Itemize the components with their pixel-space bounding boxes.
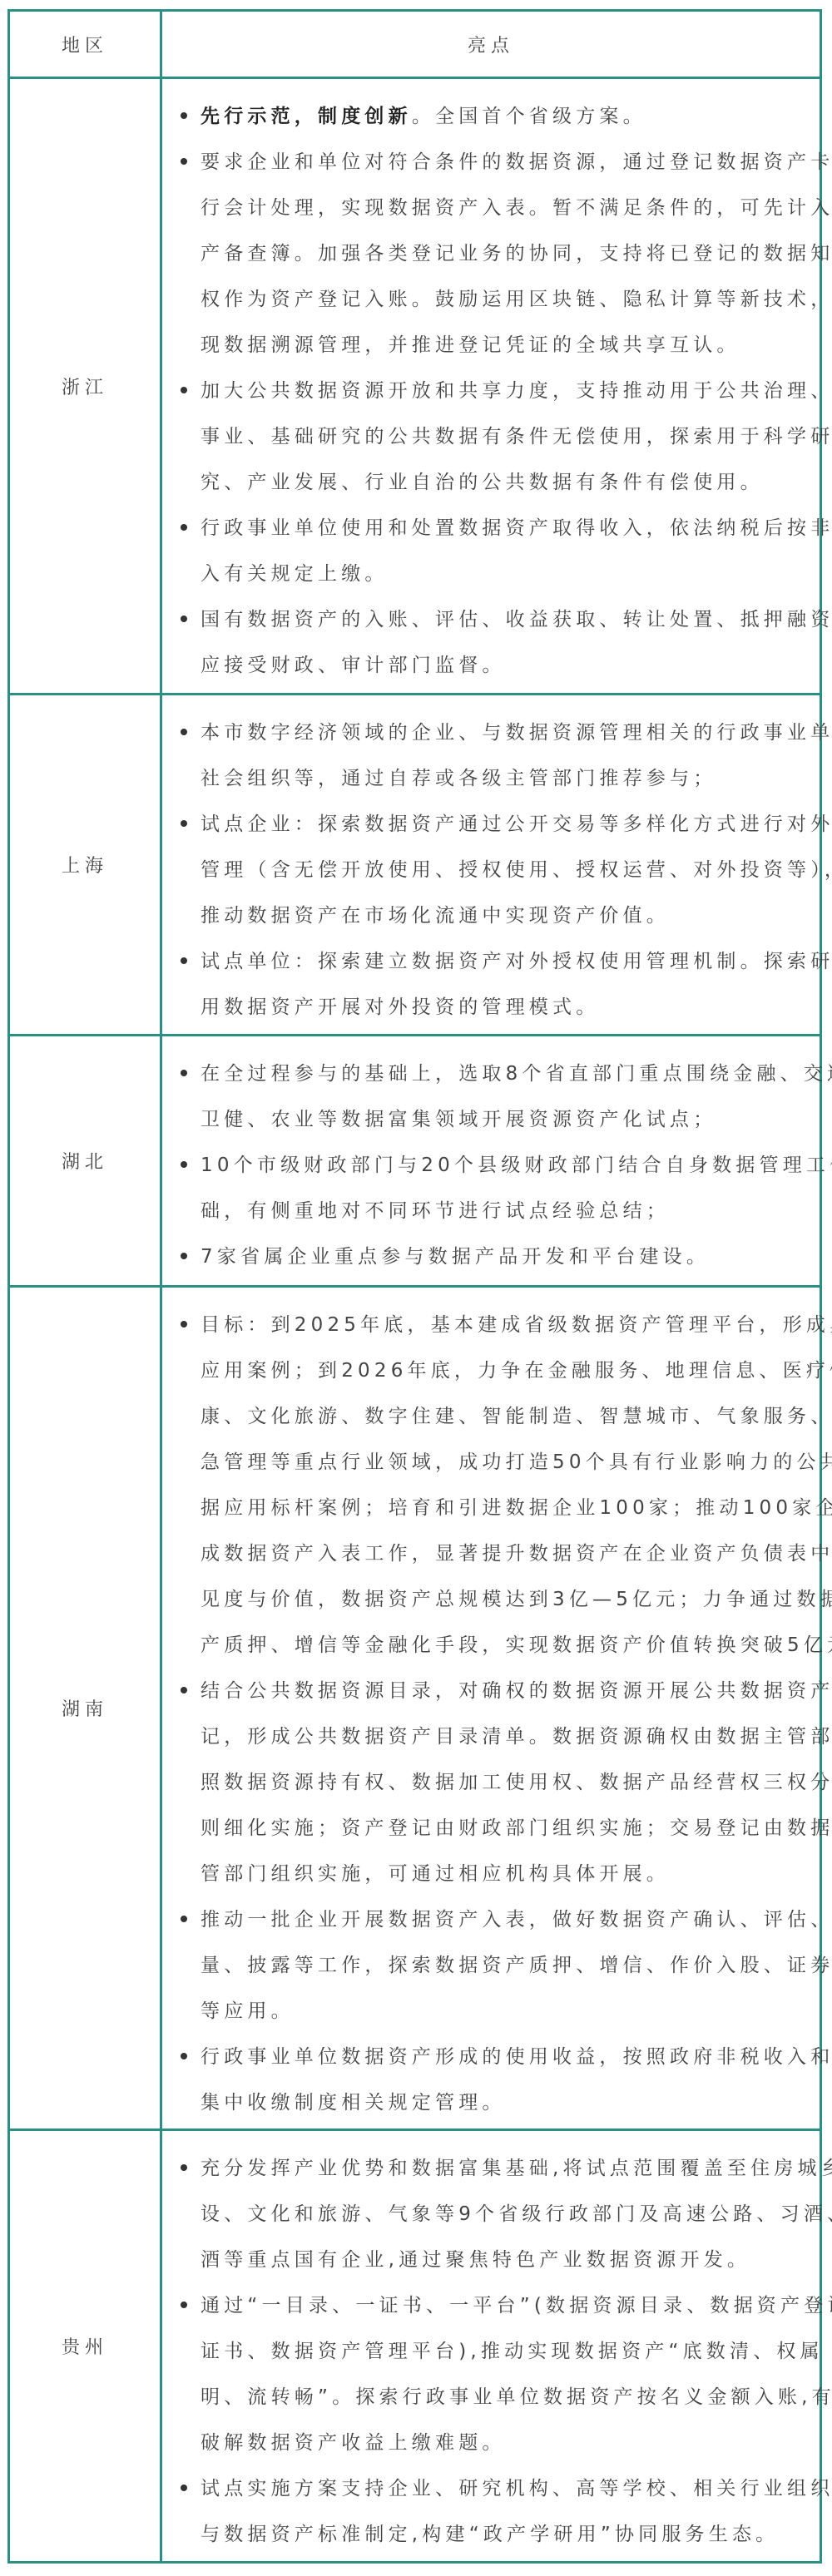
bullet-icon bbox=[181, 1161, 187, 1168]
highlight-text-line: 在全过程参与的基础上，选取8个省直部门重点围绕金融、交通、 bbox=[201, 1051, 832, 1097]
highlights-cell: 先行示范，制度创新。全国首个省级方案。要求企业和单位对符合条件的数据资源，通过登… bbox=[162, 79, 832, 693]
highlight-text: 国有数据资产的入账、评估、收益获取、转让处置、抵押融资等 bbox=[201, 609, 832, 630]
highlight-text: 设、文化和旅游、气象等9个省级行政部门及高速公路、习酒、酱 bbox=[201, 2203, 832, 2225]
highlight-text-line: 行会计处理，实现数据资产入表。暂不满足条件的，可先计入资 bbox=[201, 185, 832, 231]
highlight-text: 据应用标杆案例；培育和引进数据企业100家；推动100家企业完 bbox=[201, 1497, 832, 1519]
highlight-text: 础，有侧重地对不同环节进行试点经验总结； bbox=[201, 1200, 670, 1222]
highlight-item: 推动一批企业开展数据资产入表，做好数据资产确认、评估、计量、披露等工作，探索数据… bbox=[179, 1897, 832, 2035]
highlight-list: 本市数字经济领域的企业、与数据资源管理相关的行政事业单位或社会组织等，通过自荐或… bbox=[179, 710, 832, 1031]
highlight-text-line: 产质押、增信等金融化手段，实现数据资产价值转换突破5亿元。 bbox=[201, 1623, 832, 1669]
highlight-text-line: 推动一批企业开展数据资产入表，做好数据资产确认、评估、计 bbox=[201, 1897, 832, 1943]
highlight-text-line: 本市数字经济领域的企业、与数据资源管理相关的行政事业单位或 bbox=[201, 710, 832, 756]
highlight-text: 量、披露等工作，探索数据资产质押、增信、作价入股、证券化 bbox=[201, 1955, 832, 1976]
highlight-text-line: 产备查簿。加强各类登记业务的协同，支持将已登记的数据知识产 bbox=[201, 231, 832, 277]
bullet-icon bbox=[181, 387, 187, 393]
highlight-text: 则细化实施；资产登记由财政部门组织实施；交易登记由数据主 bbox=[201, 1817, 832, 1839]
highlight-text-line: 见度与价值，数据资产总规模达到3亿—5亿元；力争通过数据资 bbox=[201, 1577, 832, 1623]
highlight-text-line: 加大公共数据资源开放和共享力度，支持推动用于公共治理、公益 bbox=[201, 368, 832, 414]
highlight-text: 成数据资产入表工作，显著提升数据资产在企业资产负债表中的可 bbox=[201, 1543, 832, 1565]
highlight-text: 通过“一目录、一证书、一平台”(数据资源目录、数据资产登记 bbox=[201, 2295, 832, 2316]
highlight-text: 试点实施方案支持企业、研究机构、高等学校、相关行业组织等参 bbox=[201, 2478, 832, 2499]
highlight-text-line: 设、文化和旅游、气象等9个省级行政部门及高速公路、习酒、酱 bbox=[201, 2192, 832, 2237]
highlight-text: 见度与价值，数据资产总规模达到3亿—5亿元；力争通过数据资 bbox=[201, 1589, 832, 1610]
bullet-icon bbox=[181, 957, 187, 964]
highlight-item: 10个市级财政部门与20个县级财政部门结合自身数据管理工作基础，有侧重地对不同环… bbox=[179, 1143, 832, 1234]
highlight-text: 。全国首个省级方案。 bbox=[412, 106, 646, 127]
highlight-text-line: 推动数据资产在市场化流通中实现资产价值。 bbox=[201, 893, 832, 939]
highlight-list: 目标：到2025年底，基本建成省级数据资产管理平台，形成典型应用案例；到2026… bbox=[179, 1303, 832, 2126]
highlight-text: 10个市级财政部门与20个县级财政部门结合自身数据管理工作基 bbox=[201, 1155, 832, 1176]
highlights-cell: 本市数字经济领域的企业、与数据资源管理相关的行政事业单位或社会组织等，通过自荐或… bbox=[162, 695, 832, 1034]
highlight-list: 先行示范，制度创新。全国首个省级方案。要求企业和单位对符合条件的数据资源，通过登… bbox=[179, 94, 832, 689]
highlight-item: 7家省属企业重点参与数据产品开发和平台建设。 bbox=[179, 1234, 832, 1280]
highlight-text-line: 通过“一目录、一证书、一平台”(数据资源目录、数据资产登记 bbox=[201, 2283, 832, 2329]
highlight-text: 加大公共数据资源开放和共享力度，支持推动用于公共治理、公益 bbox=[201, 380, 832, 402]
highlight-text: 行政事业单位使用和处置数据资产取得收入，依法纳税后按非税收 bbox=[201, 517, 832, 539]
highlight-text: 照数据资源持有权、数据加工使用权、数据产品经营权三权分置原 bbox=[201, 1772, 832, 1793]
region-cell: 上海 bbox=[10, 695, 162, 1034]
highlight-item: 目标：到2025年底，基本建成省级数据资产管理平台，形成典型应用案例；到2026… bbox=[179, 1303, 832, 1669]
region-cell: 湖南 bbox=[10, 1288, 162, 2129]
highlight-text: 集中收缴制度相关规定管理。 bbox=[201, 2092, 506, 2114]
highlights-cell: 充分发挥产业优势和数据富集基础,将试点范围覆盖至住房城乡建设、文化和旅游、气象等… bbox=[162, 2131, 832, 2561]
table-row: 上海本市数字经济领域的企业、与数据资源管理相关的行政事业单位或社会组织等，通过自… bbox=[10, 693, 820, 1034]
highlight-text: 要求企业和单位对符合条件的数据资源，通过登记数据资产卡片进 bbox=[201, 151, 832, 173]
highlight-text-line: 康、文化旅游、数字住建、智能制造、智慧城市、气象服务、应 bbox=[201, 1394, 832, 1440]
highlight-text-line: 充分发挥产业优势和数据富集基础,将试点范围覆盖至住房城乡建 bbox=[201, 2146, 832, 2192]
highlight-item: 要求企业和单位对符合条件的数据资源，通过登记数据资产卡片进行会计处理，实现数据资… bbox=[179, 140, 832, 368]
header-highlights: 亮点 bbox=[162, 12, 820, 77]
highlight-text-line: 现数据溯源管理，并推进登记凭证的全域共享互认。 bbox=[201, 323, 832, 368]
highlight-emphasis: 先行示范，制度创新 bbox=[201, 106, 412, 127]
highlight-item: 加大公共数据资源开放和共享力度，支持推动用于公共治理、公益事业、基础研究的公共数… bbox=[179, 368, 832, 506]
highlight-text-line: 管理（含无偿开放使用、授权使用、授权运营、对外投资等）， bbox=[201, 848, 832, 893]
highlight-item: 充分发挥产业优势和数据富集基础,将试点范围覆盖至住房城乡建设、文化和旅游、气象等… bbox=[179, 2146, 832, 2283]
highlight-text: 产备查簿。加强各类登记业务的协同，支持将已登记的数据知识产 bbox=[201, 243, 832, 265]
highlight-item: 试点单位：探索建立数据资产对外授权使用管理机制。探索研究利用数据资产开展对外投资… bbox=[179, 939, 832, 1031]
highlight-text: 试点企业：探索数据资产通过公开交易等多样化方式进行对外使用 bbox=[201, 813, 832, 835]
highlight-item: 试点企业：探索数据资产通过公开交易等多样化方式进行对外使用管理（含无偿开放使用、… bbox=[179, 802, 832, 939]
header-region: 地区 bbox=[10, 12, 162, 77]
highlight-item: 先行示范，制度创新。全国首个省级方案。 bbox=[179, 94, 832, 140]
highlight-text-line: 社会组织等，通过自荐或各级主管部门推荐参与； bbox=[201, 756, 832, 802]
bullet-icon bbox=[181, 1253, 187, 1259]
highlight-text-line: 照数据资源持有权、数据加工使用权、数据产品经营权三权分置原 bbox=[201, 1760, 832, 1806]
highlight-text-line: 7家省属企业重点参与数据产品开发和平台建设。 bbox=[201, 1234, 832, 1280]
highlight-text-line: 证书、数据资产管理平台),推动实现数据资产“底数清、权属 bbox=[201, 2329, 832, 2375]
highlight-text-line: 集中收缴制度相关规定管理。 bbox=[201, 2080, 832, 2126]
highlight-text-line: 结合公共数据资源目录，对确权的数据资源开展公共数据资产登 bbox=[201, 1669, 832, 1714]
highlight-text-line: 事业、基础研究的公共数据有条件无偿使用，探索用于科学研 bbox=[201, 414, 832, 460]
data-asset-pilot-table: 地区 亮点 浙江先行示范，制度创新。全国首个省级方案。要求企业和单位对符合条件的… bbox=[7, 9, 822, 2564]
highlight-text-line: 国有数据资产的入账、评估、收益获取、转让处置、抵押融资等 bbox=[201, 597, 832, 643]
bullet-icon bbox=[181, 2164, 187, 2171]
highlight-text: 与数据资产标准制定,构建“政产学研用”协同服务生态。 bbox=[201, 2524, 779, 2545]
highlights-cell: 在全过程参与的基础上，选取8个省直部门重点围绕金融、交通、卫健、农业等数据富集领… bbox=[162, 1036, 832, 1285]
bullet-icon bbox=[181, 2302, 187, 2308]
highlight-item: 国有数据资产的入账、评估、收益获取、转让处置、抵押融资等应接受财政、审计部门监督… bbox=[179, 597, 832, 689]
highlight-text-line: 行政事业单位使用和处置数据资产取得收入，依法纳税后按非税收 bbox=[201, 506, 832, 551]
bullet-icon bbox=[181, 820, 187, 827]
highlight-text: 证书、数据资产管理平台),推动实现数据资产“底数清、权属 bbox=[201, 2341, 824, 2362]
highlight-text: 7家省属企业重点参与数据产品开发和平台建设。 bbox=[201, 1246, 710, 1268]
bullet-icon bbox=[181, 524, 187, 531]
highlight-text: 目标：到2025年底，基本建成省级数据资产管理平台，形成典型 bbox=[201, 1314, 832, 1336]
highlight-text: 等应用。 bbox=[201, 2000, 295, 2022]
region-cell: 湖北 bbox=[10, 1036, 162, 1285]
highlight-item: 本市数字经济领域的企业、与数据资源管理相关的行政事业单位或社会组织等，通过自荐或… bbox=[179, 710, 832, 802]
bullet-icon bbox=[181, 158, 187, 165]
highlight-text: 康、文化旅游、数字住建、智能制造、智慧城市、气象服务、应 bbox=[201, 1406, 832, 1427]
highlight-text-line: 权作为资产登记入账。鼓励运用区块链、隐私计算等新技术，实 bbox=[201, 277, 832, 323]
highlight-text-line: 10个市级财政部门与20个县级财政部门结合自身数据管理工作基 bbox=[201, 1143, 832, 1189]
highlight-text: 明、流转畅”。探索行政事业单位数据资产按名义金额入账,有效 bbox=[201, 2386, 832, 2408]
bullet-icon bbox=[181, 729, 187, 735]
highlight-text: 破解数据资产收益上缴难题。 bbox=[201, 2432, 506, 2454]
highlight-text-line: 破解数据资产收益上缴难题。 bbox=[201, 2420, 832, 2466]
highlight-text-line: 应接受财政、审计部门监督。 bbox=[201, 643, 832, 689]
highlight-text-line: 记，形成公共数据资产目录清单。数据资源确权由数据主管部门参 bbox=[201, 1714, 832, 1760]
table-header-row: 地区 亮点 bbox=[10, 12, 820, 77]
highlight-item: 在全过程参与的基础上，选取8个省直部门重点围绕金融、交通、卫健、农业等数据富集领… bbox=[179, 1051, 832, 1143]
highlight-text-line: 究、产业发展、行业自治的公共数据有条件有偿使用。 bbox=[201, 460, 832, 506]
highlight-text: 急管理等重点行业领域，成功打造50个具有行业影响力的公共数 bbox=[201, 1451, 832, 1473]
highlight-text: 结合公共数据资源目录，对确权的数据资源开展公共数据资产登 bbox=[201, 1680, 832, 1702]
highlight-text: 入有关规定上缴。 bbox=[201, 563, 389, 585]
bullet-icon bbox=[181, 2053, 187, 2059]
highlight-text: 行政事业单位数据资产形成的使用收益，按照政府非税收入和国库 bbox=[201, 2046, 832, 2068]
highlight-text-line: 应用案例；到2026年底，力争在金融服务、地理信息、医疗健 bbox=[201, 1348, 832, 1394]
highlight-text: 社会组织等，通过自荐或各级主管部门推荐参与； bbox=[201, 768, 716, 789]
bullet-icon bbox=[181, 1070, 187, 1076]
highlight-list: 在全过程参与的基础上，选取8个省直部门重点围绕金融、交通、卫健、农业等数据富集领… bbox=[179, 1051, 832, 1280]
highlight-item: 试点实施方案支持企业、研究机构、高等学校、相关行业组织等参与数据资产标准制定,构… bbox=[179, 2466, 832, 2558]
bullet-icon bbox=[181, 112, 187, 119]
table-row: 浙江先行示范，制度创新。全国首个省级方案。要求企业和单位对符合条件的数据资源，通… bbox=[10, 77, 820, 693]
highlight-text-line: 试点单位：探索建立数据资产对外授权使用管理机制。探索研究利 bbox=[201, 939, 832, 985]
region-cell: 贵州 bbox=[10, 2131, 162, 2561]
highlight-text-line: 与数据资产标准制定,构建“政产学研用”协同服务生态。 bbox=[201, 2512, 832, 2558]
highlight-item: 行政事业单位使用和处置数据资产取得收入，依法纳税后按非税收入有关规定上缴。 bbox=[179, 506, 832, 597]
highlight-item: 行政事业单位数据资产形成的使用收益，按照政府非税收入和国库集中收缴制度相关规定管… bbox=[179, 2035, 832, 2126]
highlight-text: 管理（含无偿开放使用、授权使用、授权运营、对外投资等）， bbox=[201, 859, 832, 881]
table-row: 湖南目标：到2025年底，基本建成省级数据资产管理平台，形成典型应用案例；到20… bbox=[10, 1285, 820, 2129]
highlights-cell: 目标：到2025年底，基本建成省级数据资产管理平台，形成典型应用案例；到2026… bbox=[162, 1288, 832, 2129]
highlight-text: 权作为资产登记入账。鼓励运用区块链、隐私计算等新技术，实 bbox=[201, 289, 832, 310]
highlight-text: 本市数字经济领域的企业、与数据资源管理相关的行政事业单位或 bbox=[201, 722, 832, 744]
highlight-text: 应用案例；到2026年底，力争在金融服务、地理信息、医疗健 bbox=[201, 1360, 832, 1382]
highlight-text-line: 酒等重点国有企业,通过聚焦特色产业数据资源开发。 bbox=[201, 2237, 832, 2283]
highlight-list: 充分发挥产业优势和数据富集基础,将试点范围覆盖至住房城乡建设、文化和旅游、气象等… bbox=[179, 2146, 832, 2558]
bullet-icon bbox=[181, 1321, 187, 1328]
highlight-text-line: 据应用标杆案例；培育和引进数据企业100家；推动100家企业完 bbox=[201, 1486, 832, 1531]
highlight-text: 产质押、增信等金融化手段，实现数据资产价值转换突破5亿元。 bbox=[201, 1634, 832, 1656]
highlight-text-line: 成数据资产入表工作，显著提升数据资产在企业资产负债表中的可 bbox=[201, 1531, 832, 1577]
highlight-text: 究、产业发展、行业自治的公共数据有条件有偿使用。 bbox=[201, 472, 764, 493]
highlight-text: 在全过程参与的基础上，选取8个省直部门重点围绕金融、交通、 bbox=[201, 1063, 832, 1085]
highlight-text-line: 卫健、农业等数据富集领域开展资源资产化试点； bbox=[201, 1097, 832, 1143]
highlight-text: 应接受财政、审计部门监督。 bbox=[201, 655, 506, 676]
highlight-text-line: 则细化实施；资产登记由财政部门组织实施；交易登记由数据主 bbox=[201, 1806, 832, 1852]
highlight-text: 酒等重点国有企业,通过聚焦特色产业数据资源开发。 bbox=[201, 2249, 750, 2271]
highlight-text: 卫健、农业等数据富集领域开展资源资产化试点； bbox=[201, 1109, 716, 1130]
highlight-text: 记，形成公共数据资产目录清单。数据资源确权由数据主管部门参 bbox=[201, 1726, 832, 1748]
highlight-text: 事业、基础研究的公共数据有条件无偿使用，探索用于科学研 bbox=[201, 426, 832, 447]
bullet-icon bbox=[181, 1687, 187, 1693]
highlight-text-line: 量、披露等工作，探索数据资产质押、增信、作价入股、证券化 bbox=[201, 1943, 832, 1989]
bullet-icon bbox=[181, 2485, 187, 2491]
highlight-text: 试点单位：探索建立数据资产对外授权使用管理机制。探索研究利 bbox=[201, 951, 832, 972]
highlight-text: 现数据溯源管理，并推进登记凭证的全域共享互认。 bbox=[201, 334, 740, 356]
bullet-icon bbox=[181, 616, 187, 622]
highlight-text-line: 试点实施方案支持企业、研究机构、高等学校、相关行业组织等参 bbox=[201, 2466, 832, 2512]
bullet-icon bbox=[181, 1916, 187, 1922]
highlight-text: 充分发挥产业优势和数据富集基础,将试点范围覆盖至住房城乡建 bbox=[201, 2158, 832, 2179]
highlight-text-line: 管部门组织实施，可通过相应机构具体开展。 bbox=[201, 1852, 832, 1897]
highlight-text-line: 试点企业：探索数据资产通过公开交易等多样化方式进行对外使用 bbox=[201, 802, 832, 848]
highlight-text: 推动一批企业开展数据资产入表，做好数据资产确认、评估、计 bbox=[201, 1909, 832, 1931]
highlight-text: 管部门组织实施，可通过相应机构具体开展。 bbox=[201, 1863, 670, 1885]
highlight-text-line: 要求企业和单位对符合条件的数据资源，通过登记数据资产卡片进 bbox=[201, 140, 832, 185]
highlight-text-line: 先行示范，制度创新。全国首个省级方案。 bbox=[201, 94, 832, 140]
highlight-text-line: 明、流转畅”。探索行政事业单位数据资产按名义金额入账,有效 bbox=[201, 2375, 832, 2420]
highlight-text-line: 础，有侧重地对不同环节进行试点经验总结； bbox=[201, 1189, 832, 1234]
table-body: 浙江先行示范，制度创新。全国首个省级方案。要求企业和单位对符合条件的数据资源，通… bbox=[10, 77, 820, 2561]
highlight-text: 推动数据资产在市场化流通中实现资产价值。 bbox=[201, 905, 670, 927]
highlight-text-line: 目标：到2025年底，基本建成省级数据资产管理平台，形成典型 bbox=[201, 1303, 832, 1348]
highlight-text-line: 急管理等重点行业领域，成功打造50个具有行业影响力的公共数 bbox=[201, 1440, 832, 1486]
highlight-item: 结合公共数据资源目录，对确权的数据资源开展公共数据资产登记，形成公共数据资产目录… bbox=[179, 1669, 832, 1897]
table-row: 贵州充分发挥产业优势和数据富集基础,将试点范围覆盖至住房城乡建设、文化和旅游、气… bbox=[10, 2129, 820, 2561]
table-row: 湖北在全过程参与的基础上，选取8个省直部门重点围绕金融、交通、卫健、农业等数据富… bbox=[10, 1034, 820, 1285]
region-cell: 浙江 bbox=[10, 79, 162, 693]
highlight-item: 通过“一目录、一证书、一平台”(数据资源目录、数据资产登记证书、数据资产管理平台… bbox=[179, 2283, 832, 2466]
highlight-text: 用数据资产开展对外投资的管理模式。 bbox=[201, 996, 599, 1018]
highlight-text-line: 行政事业单位数据资产形成的使用收益，按照政府非税收入和国库 bbox=[201, 2035, 832, 2080]
highlight-text-line: 等应用。 bbox=[201, 1989, 832, 2035]
highlight-text: 行会计处理，实现数据资产入表。暂不满足条件的，可先计入资 bbox=[201, 197, 832, 219]
highlight-text-line: 入有关规定上缴。 bbox=[201, 551, 832, 597]
highlight-text-line: 用数据资产开展对外投资的管理模式。 bbox=[201, 985, 832, 1031]
